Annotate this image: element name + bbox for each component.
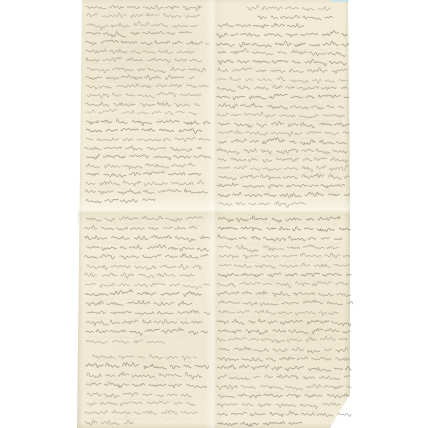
handwriting-block-top-left [85,5,211,203]
handwriting-ink-layer [0,0,428,428]
handwriting-block-top-right [217,5,350,207]
scanned-letter-photo: 602 Summit Ave. St. Paul — Dec 3 My darl… [0,0,428,428]
handwriting-block-bottom-right [217,216,354,426]
handwriting-block-bottom-left [85,216,210,425]
blue-edge-sliver [330,0,349,2]
